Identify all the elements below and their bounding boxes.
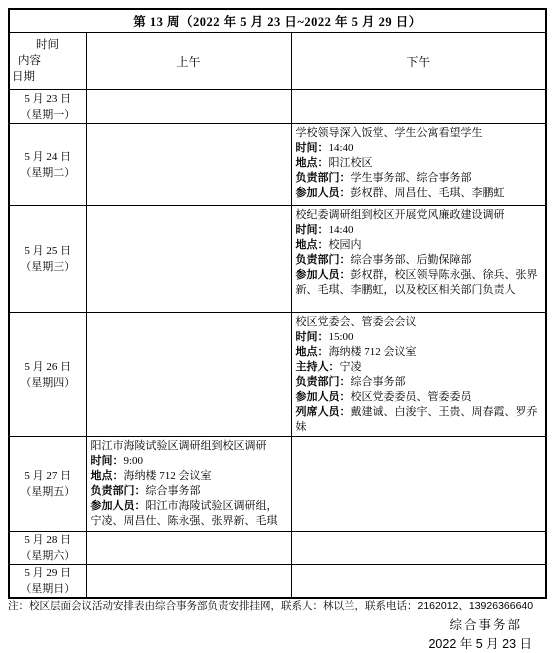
field-label: 参加人员：: [296, 269, 351, 281]
date-text: 5 月 25 日: [10, 243, 86, 259]
field-label: 地点：: [91, 470, 124, 482]
corner-header-cell: 时间 内容 日期: [9, 33, 86, 90]
field-value: 阳江校区: [329, 157, 373, 169]
date-cell: 5 月 29 日 （星期日）: [9, 565, 86, 599]
field-label: 参加人员：: [91, 500, 146, 512]
field-label: 时间：: [91, 455, 124, 467]
date-text: 5 月 28 日: [10, 532, 86, 548]
event-field: 主持人：宁凌: [296, 360, 543, 375]
field-value: 9:00: [124, 455, 144, 467]
weekday-text: （星期一）: [10, 107, 86, 123]
title-row: 第 13 周（2022 年 5 月 23 日~2022 年 5 月 29 日）: [9, 9, 546, 33]
field-value: 海纳楼 712 会议室: [329, 346, 417, 358]
field-label: 时间：: [296, 331, 329, 343]
field-value: 海纳楼 712 会议室: [124, 470, 212, 482]
date-text: 5 月 24 日: [10, 149, 86, 165]
signature-department: 综合事务部: [449, 615, 522, 633]
event-field: 参加人员：彭权群、周昌仕、毛琪、李鹏虹: [296, 186, 543, 201]
weekday-text: （星期日）: [10, 581, 86, 597]
field-label: 负责部门：: [296, 172, 351, 184]
morning-cell: [86, 206, 291, 313]
event-field: 时间：14:40: [296, 223, 543, 238]
date-cell: 5 月 25 日 （星期三）: [9, 206, 86, 313]
event-field: 地点：海纳楼 712 会议室: [91, 469, 288, 484]
column-header-afternoon: 下午: [291, 33, 546, 90]
field-value: 15:00: [329, 331, 354, 343]
date-cell: 5 月 24 日 （星期二）: [9, 124, 86, 206]
weekday-text: （星期三）: [10, 259, 86, 275]
table-row-sat: 5 月 28 日 （星期六）: [9, 532, 546, 565]
field-label: 负责部门：: [296, 254, 351, 266]
date-cell: 5 月 28 日 （星期六）: [9, 532, 86, 565]
weekday-text: （星期六）: [10, 548, 86, 564]
weekday-text: （星期四）: [10, 375, 86, 391]
field-value: 彭权群、周昌仕、毛琪、李鹏虹: [351, 187, 505, 199]
field-label: 地点：: [296, 346, 329, 358]
afternoon-cell: [291, 532, 546, 565]
morning-cell: 阳江市海陵试验区调研组到校区调研 时间：9:00 地点：海纳楼 712 会议室 …: [86, 437, 291, 532]
field-label: 时间：: [296, 142, 329, 154]
event-field: 时间：15:00: [296, 330, 543, 345]
event-field: 负责部门：学生事务部、综合事务部: [296, 171, 543, 186]
field-label: 列席人员：: [296, 406, 351, 418]
event-title: 学校领导深入饭堂、学生公寓看望学生: [296, 126, 543, 141]
field-value: 学生事务部、综合事务部: [351, 172, 472, 184]
field-label: 负责部门：: [91, 485, 146, 497]
field-label: 负责部门：: [296, 376, 351, 388]
date-cell: 5 月 27 日 （星期五）: [9, 437, 86, 532]
field-label: 参加人员：: [296, 391, 351, 403]
afternoon-cell: [291, 565, 546, 599]
morning-cell: [86, 313, 291, 437]
column-header-morning: 上午: [86, 33, 291, 90]
footnote: 注：校区层面会议活动安排表由综合事务部负责安排挂网，联系人：林以兰，联系电话：2…: [8, 599, 548, 613]
event-field: 负责部门：综合事务部、后勤保障部: [296, 253, 543, 268]
event-field: 参加人员：校区党委委员、管委委员: [296, 390, 543, 405]
afternoon-cell: 学校领导深入饭堂、学生公寓看望学生 时间：14:40 地点：阳江校区 负责部门：…: [291, 124, 546, 206]
field-value: 宁凌: [340, 361, 362, 373]
corner-time-label: 时间: [10, 37, 86, 53]
field-value: 14:40: [329, 142, 354, 154]
field-label: 地点：: [296, 239, 329, 251]
date-text: 5 月 29 日: [10, 565, 86, 581]
date-text: 5 月 27 日: [10, 468, 86, 484]
morning-cell: [86, 532, 291, 565]
table-row-thu: 5 月 26 日 （星期四） 校区党委会、管委会会议 时间：15:00 地点：海…: [9, 313, 546, 437]
table-row-fri: 5 月 27 日 （星期五） 阳江市海陵试验区调研组到校区调研 时间：9:00 …: [9, 437, 546, 532]
event-title: 校纪委调研组到校区开展党风廉政建设调研: [296, 208, 543, 223]
field-value: 校区党委委员、管委委员: [351, 391, 472, 403]
field-value: 综合事务部: [146, 485, 201, 497]
event-field: 列席人员：戴建诚、白浚宇、王贵、周春霞、罗乔妹: [296, 405, 543, 435]
table-row-sun: 5 月 29 日 （星期日）: [9, 565, 546, 599]
field-value: 综合事务部、后勤保障部: [351, 254, 472, 266]
morning-cell: [86, 565, 291, 599]
afternoon-cell: 校区党委会、管委会会议 时间：15:00 地点：海纳楼 712 会议室 主持人：…: [291, 313, 546, 437]
field-label: 主持人：: [296, 361, 340, 373]
field-label: 地点：: [296, 157, 329, 169]
event-field: 时间：14:40: [296, 141, 543, 156]
morning-cell: [86, 124, 291, 206]
header-row: 时间 内容 日期 上午 下午: [9, 33, 546, 90]
event-field: 地点：海纳楼 712 会议室: [296, 345, 543, 360]
schedule-title: 第 13 周（2022 年 5 月 23 日~2022 年 5 月 29 日）: [9, 9, 546, 33]
field-label: 时间：: [296, 224, 329, 236]
event-field: 参加人员：彭权群，校区领导陈永强、徐兵、张界新、毛琪、李鹏虹，以及校区相关部门负…: [296, 268, 543, 298]
date-cell: 5 月 23 日 （星期一）: [9, 90, 86, 124]
event-field: 时间：9:00: [91, 454, 288, 469]
event-field: 负责部门：综合事务部: [91, 484, 288, 499]
field-value: 14:40: [329, 224, 354, 236]
event-title: 校区党委会、管委会会议: [296, 315, 543, 330]
field-value: 综合事务部: [351, 376, 406, 388]
event-field: 负责部门：综合事务部: [296, 375, 543, 390]
weekday-text: （星期二）: [10, 165, 86, 181]
date-text: 5 月 23 日: [10, 91, 86, 107]
weekly-schedule-table: 第 13 周（2022 年 5 月 23 日~2022 年 5 月 29 日） …: [8, 8, 547, 599]
event-title: 阳江市海陵试验区调研组到校区调研: [91, 439, 288, 454]
date-text: 5 月 26 日: [10, 359, 86, 375]
event-field: 地点：校园内: [296, 238, 543, 253]
field-label: 参加人员：: [296, 187, 351, 199]
corner-date-label: 日期: [10, 69, 86, 85]
event-field: 地点：阳江校区: [296, 156, 543, 171]
morning-cell: [86, 90, 291, 124]
weekday-text: （星期五）: [10, 484, 86, 500]
signature-date: 2022 年 5 月 23 日: [428, 634, 532, 652]
field-value: 校园内: [329, 239, 362, 251]
corner-content-label: 内容: [10, 53, 86, 69]
date-cell: 5 月 26 日 （星期四）: [9, 313, 86, 437]
table-row-tue: 5 月 24 日 （星期二） 学校领导深入饭堂、学生公寓看望学生 时间：14:4…: [9, 124, 546, 206]
table-row-mon: 5 月 23 日 （星期一）: [9, 90, 546, 124]
afternoon-cell: [291, 90, 546, 124]
table-row-wed: 5 月 25 日 （星期三） 校纪委调研组到校区开展党风廉政建设调研 时间：14…: [9, 206, 546, 313]
afternoon-cell: 校纪委调研组到校区开展党风廉政建设调研 时间：14:40 地点：校园内 负责部门…: [291, 206, 546, 313]
event-field: 参加人员：阳江市海陵试验区调研组，宁凌、周昌仕、陈永强、张界新、毛琪: [91, 499, 288, 529]
afternoon-cell: [291, 437, 546, 532]
